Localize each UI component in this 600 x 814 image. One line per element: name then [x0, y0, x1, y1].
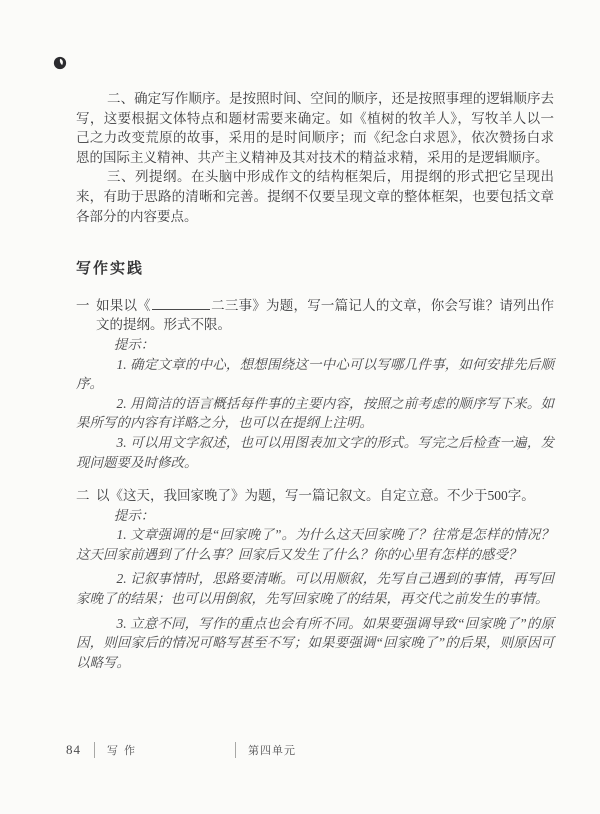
exercise-2-number: 二 [76, 486, 90, 506]
hint-label: 提示： [76, 335, 554, 355]
exercise-1-prompt: 如果以《二三事》为题，写一篇记人的文章，你会写谁？请列出作文的提纲。形式不限。 [96, 296, 554, 335]
exercise-2-hints: 提示： 1. 文章强调的是“回家晚了”。为什么这天回家晚了？往常是怎样的情况？这… [76, 506, 554, 673]
hint-item: 2. 用简洁的语言概括每件事的主要内容，按照之前考虑的顺序写下来。如果所写的内容… [76, 394, 554, 433]
hint-item: 1. 确定文章的中心，想想围绕这一中心可以写哪几件事，如何安排先后顺序。 [76, 355, 554, 394]
footer-divider [235, 742, 236, 758]
textbook-page: 二、确定写作顺序。是按照时间、空间的顺序，还是按照事理的逻辑顺序去写，这要根据文… [0, 0, 600, 814]
intro-paragraph-3: 三、列提纲。在头脑中形成作文的结构框架后，用提纲的形式把它呈现出来，有助于思路的… [76, 167, 554, 226]
exercise-2: 二 以《这天，我回家晚了》为题，写一篇记叙文。自定立意。不少于500字。 提示：… [76, 486, 554, 672]
section-heading: 写作实践 [76, 260, 554, 280]
intro-paragraph-2: 二、确定写作顺序。是按照时间、空间的顺序，还是按照事理的逻辑顺序去写，这要根据文… [76, 89, 554, 167]
fill-in-blank [152, 299, 210, 310]
footer-divider [94, 742, 95, 758]
exercise-1-number: 一 [76, 296, 90, 316]
hint-label: 提示： [76, 506, 554, 526]
publisher-logo-icon [53, 56, 67, 70]
page-content: 二、确定写作顺序。是按照时间、空间的顺序，还是按照事理的逻辑顺序去写，这要根据文… [76, 89, 554, 672]
hint-item: 1. 文章强调的是“回家晚了”。为什么这天回家晚了？往常是怎样的情况？这天回家前… [76, 525, 554, 564]
hint-item: 3. 可以用文字叙述，也可以用图表加文字的形式。写完之后检查一遍，发现问题要及时… [76, 433, 554, 472]
page-number: 84 [66, 742, 81, 758]
intro-section: 二、确定写作顺序。是按照时间、空间的顺序，还是按照事理的逻辑顺序去写，这要根据文… [76, 89, 554, 226]
exercise-1-hints: 提示： 1. 确定文章的中心，想想围绕这一中心可以写哪几件事，如何安排先后顺序。… [76, 335, 554, 472]
footer-unit-label: 第四单元 [248, 742, 296, 758]
exercise-2-prompt: 以《这天，我回家晚了》为题，写一篇记叙文。自定立意。不少于500字。 [96, 486, 554, 506]
hint-item: 2. 记叙事情时，思路要清晰。可以用顺叙，先写自己遇到的事情，再写回家晚了的结果… [76, 569, 554, 608]
prompt-text-before-blank: 如果以《 [96, 298, 151, 313]
footer-section-label: 写作 [107, 742, 141, 758]
page-footer: 84 写作 第四单元 [66, 742, 296, 758]
exercise-1: 一 如果以《二三事》为题，写一篇记人的文章，你会写谁？请列出作文的提纲。形式不限… [76, 296, 554, 472]
hint-item: 3. 立意不同，写作的重点也会有所不同。如果要强调导致“回家晚了”的原因，则回家… [76, 614, 554, 673]
